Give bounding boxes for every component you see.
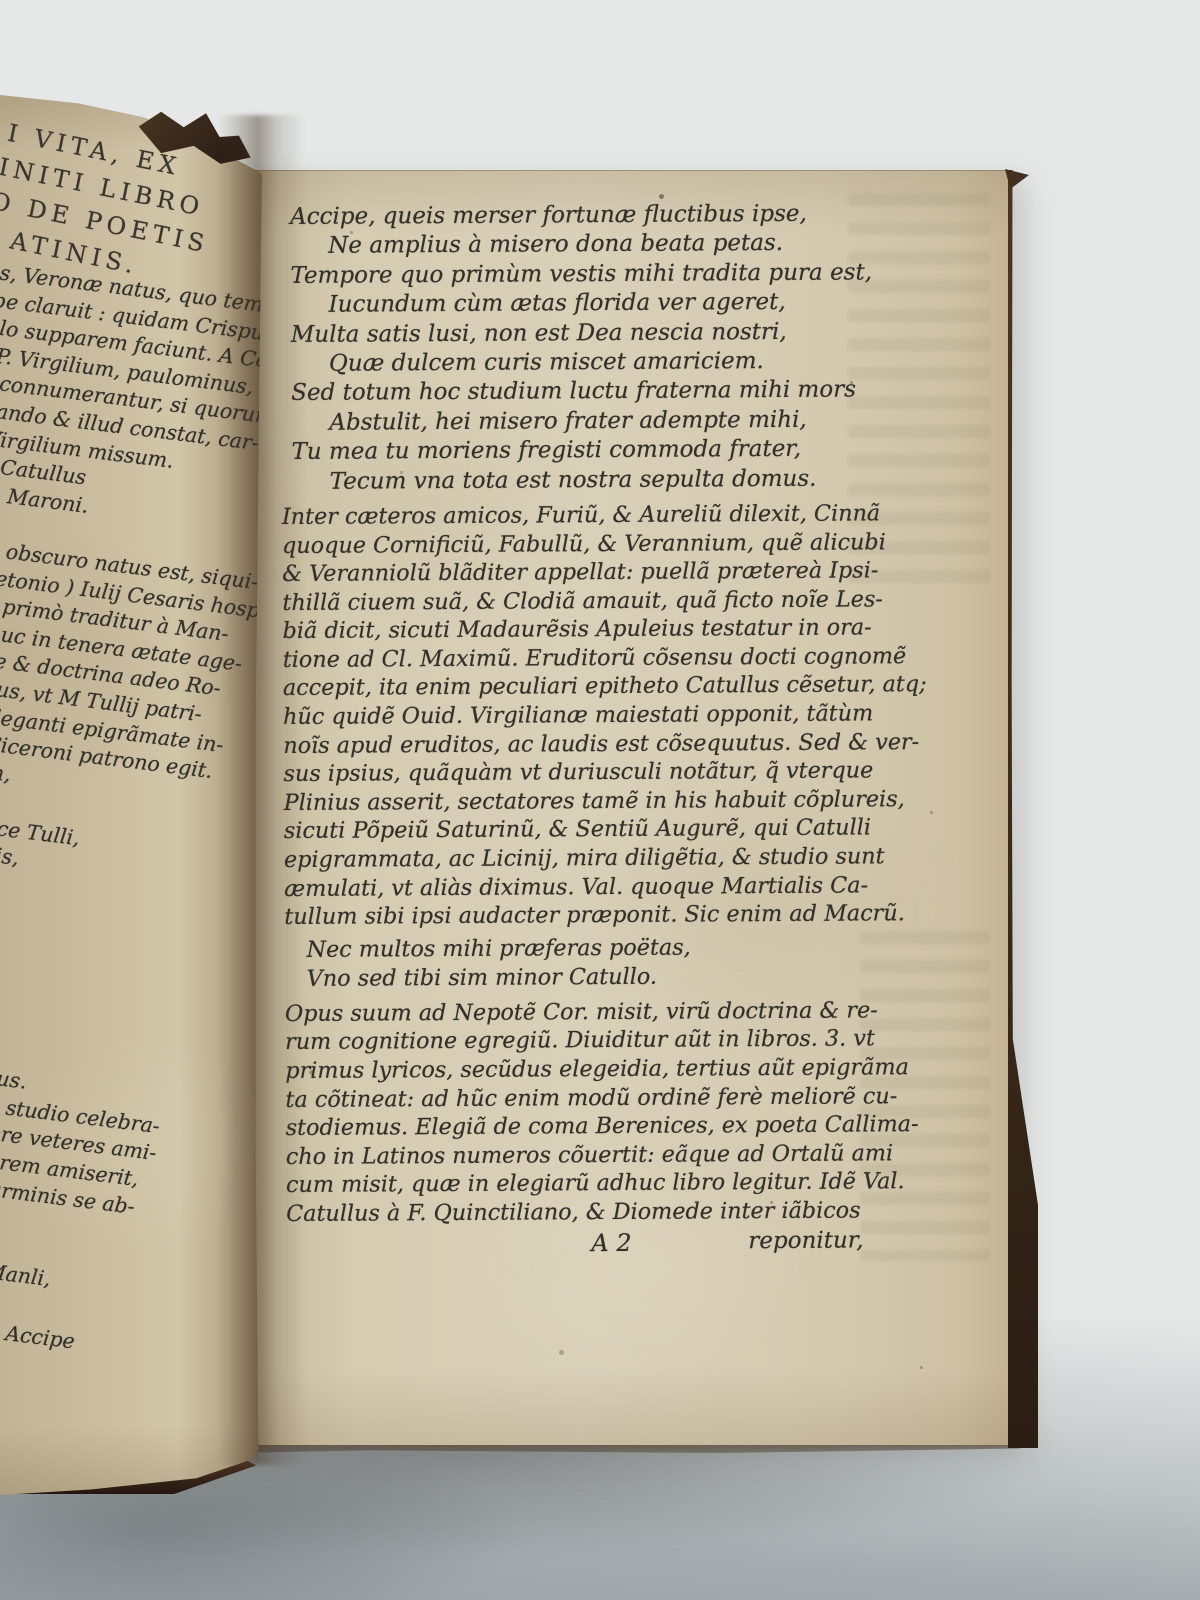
elegy-verse-block: Accipe, queis merser fortunæ fluctibus i… <box>290 199 982 497</box>
text-line: epigrammata, ac Licinij, mira diligẽtia,… <box>284 842 984 875</box>
text-line: quoque Cornificiũ, Fabullũ, & Verannium,… <box>282 527 982 560</box>
text-line: Abstulit, hei misero frater adempte mihi… <box>329 404 981 437</box>
photo-scene: Accipe, queis merser fortunæ fluctibus i… <box>0 0 1200 1600</box>
text-line: hũc quidẽ Ouid. Virgilianæ maiestati opp… <box>283 699 983 732</box>
text-line: Quæ dulcem curis miscet amariciem. <box>329 346 981 379</box>
text-line: æmulati, vt aliàs diximus. Val. quoque M… <box>284 870 984 903</box>
gathering-signature: A 2 <box>591 1228 631 1256</box>
text-line: cum misit, quæ in elegiarũ adhuc libro l… <box>286 1167 986 1200</box>
text-line: Vno sed tibi sim minor Catullo. <box>307 961 985 994</box>
gutter-fold-shadow <box>218 115 306 1465</box>
text-line: Inter cæteros amicos, Furiũ, & Aureliũ d… <box>282 499 982 532</box>
text-line: biã dicit, sicuti Madaurẽsis Apuleius te… <box>283 613 983 646</box>
text-line: Iucundum cùm ætas florida ver ageret, <box>329 287 981 320</box>
signature-row: A 2 reponitur, <box>286 1226 986 1262</box>
text-line: tione ad Cl. Maximũ. Eruditorũ cõsensu d… <box>283 642 983 675</box>
text-line: thillã ciuem suã, & Clodiã amauit, quã f… <box>282 584 982 617</box>
text-line: & Veranniolũ blãditer appellat: puellã p… <box>282 556 982 589</box>
text-line: sicuti Põpeiũ Saturinũ, & Sentiũ Augurẽ,… <box>284 813 984 846</box>
martial-quote-block: Nec multos mihi præferas poëtas,Vno sed … <box>306 932 984 994</box>
text-line: Nec multos mihi præferas poëtas, <box>306 932 984 965</box>
text-line: noĩs apud eruditos, ac laudis est cõsequ… <box>283 727 983 760</box>
text-line: Tempore quo primùm vestis mihi tradita p… <box>290 258 980 292</box>
text-line: tullum sibi ipsi audacter præponit. Sic … <box>284 899 984 932</box>
fore-edge-leather <box>1008 170 1038 1448</box>
text-line: Catullus à F. Quinctiliano, & Diomede in… <box>286 1196 986 1229</box>
text-line: sus ipsius, quãquàm vt duriusculi notãtu… <box>283 756 983 789</box>
text-line: Accipe, queis merser fortunæ fluctibus i… <box>290 199 980 233</box>
text-line: Tecum vna tota est nostra sepulta domus. <box>330 463 982 496</box>
right-page: Accipe, queis merser fortunæ fluctibus i… <box>230 170 1012 1445</box>
text-line: ta cõtineat: ad hũc enim modũ ordinẽ fer… <box>285 1081 985 1114</box>
text-line: Sed totum hoc studium luctu fraterna mih… <box>291 375 981 409</box>
text-line: Plinius asserit, sectatores tamẽ in his … <box>284 785 984 818</box>
text-line: Ne amplius à misero dona beata petas. <box>328 228 980 261</box>
text-line: Tu mea tu moriens fregisti commoda frate… <box>291 434 981 468</box>
text-line: Multa satis lusi, non est Dea nescia nos… <box>291 316 981 350</box>
text-line: cho in Latinos numeros cõuertit: eãque a… <box>286 1138 986 1171</box>
prose-paragraph-2: Opus suum ad Nepotẽ Cor. misit, virũ doc… <box>285 996 986 1229</box>
text-line: accepit, ita enim peculiari epitheto Cat… <box>283 670 983 703</box>
text-line: rum cognitione egregiũ. Diuiditur aũt in… <box>285 1024 985 1057</box>
right-page-text-block: Accipe, queis merser fortunæ fluctibus i… <box>280 199 986 1263</box>
text-line: stodiemus. Elegiã de coma Berenices, ex … <box>286 1110 986 1143</box>
text-line: Opus suum ad Nepotẽ Cor. misit, virũ doc… <box>285 996 985 1029</box>
prose-paragraph-1: Inter cæteros amicos, Furiũ, & Aureliũ d… <box>282 499 985 932</box>
catchword-right-page: reponitur, <box>748 1227 863 1254</box>
text-line: primus lyricos, secũdus elegeidia, terti… <box>285 1053 985 1086</box>
